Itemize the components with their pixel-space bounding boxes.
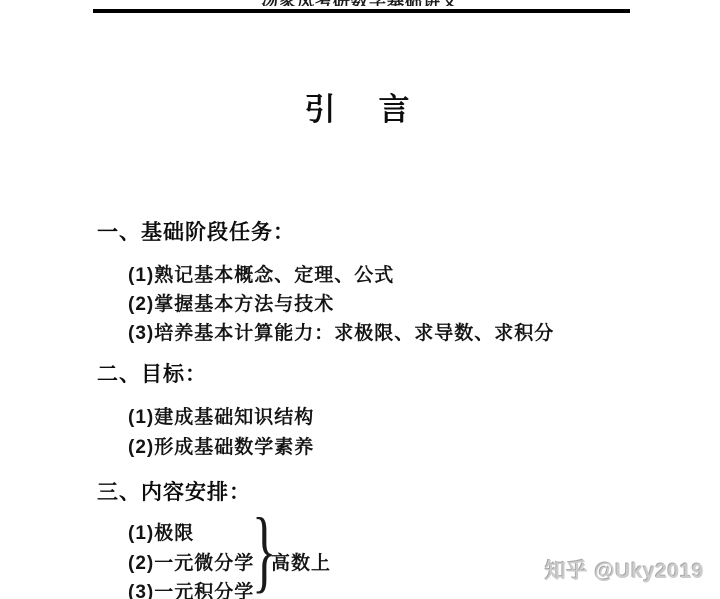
page-title: 引 言 xyxy=(0,84,720,129)
watermark: 知乎 @Uky2019 xyxy=(545,555,704,585)
section-1-item-2: (2)掌握基本方法与技术 xyxy=(128,289,334,316)
brace-group-label: 高数上 xyxy=(271,548,331,575)
section-2-item-1: (1)建成基础知识结构 xyxy=(128,402,314,429)
section-2-heading: 二、目标： xyxy=(97,358,207,388)
section-3-heading: 三、内容安排： xyxy=(97,476,251,506)
section-3-item-1: (1)极限 xyxy=(128,518,194,545)
section-1-item-3: (3)培养基本计算能力：求极限、求导数、求积分 xyxy=(128,318,554,345)
section-1-heading: 一、基础阶段任务： xyxy=(97,216,295,246)
section-1-item-1: (1)熟记基本概念、定理、公式 xyxy=(128,260,394,287)
section-3-item-2: (2)一元微分学 xyxy=(128,548,254,575)
section-2-item-2: (2)形成基础数学素养 xyxy=(128,432,314,459)
running-header: 汤家凤考研数学基础讲义 xyxy=(0,0,720,6)
section-3-item-3: (3)一元积分学 xyxy=(128,577,254,599)
running-header-text: 汤家凤考研数学基础讲义 xyxy=(0,0,720,6)
header-rule xyxy=(93,9,630,13)
document-page: 汤家凤考研数学基础讲义 引 言 一、基础阶段任务： (1)熟记基本概念、定理、公… xyxy=(0,0,720,599)
